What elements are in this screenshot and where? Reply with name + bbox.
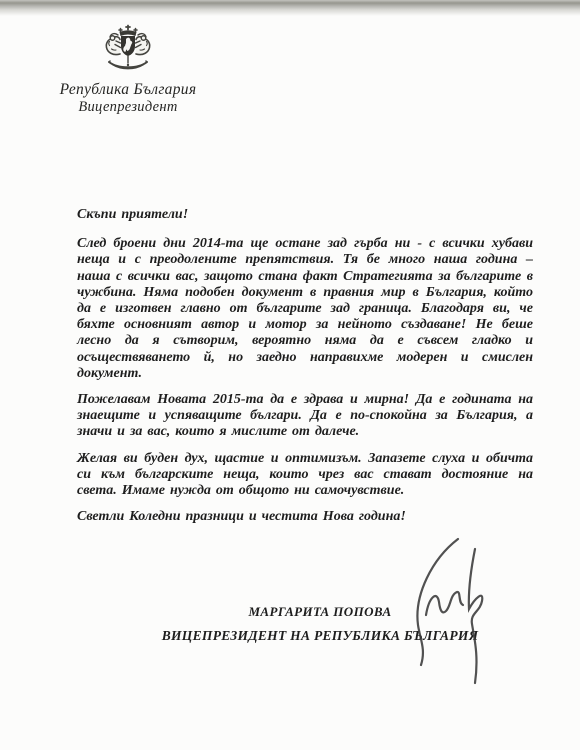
paragraph-1: След броени дни 2014-та ще остане зад гъ…	[77, 236, 533, 382]
letterhead-country: Република България	[36, 81, 220, 98]
letter-page: Република България Вицепрезидент Скъпи п…	[0, 0, 580, 750]
signer-name: МАРГАРИТА ПОПОВА	[130, 604, 510, 619]
paragraph-2: Пожелавам Новата 2015-та да е здрава и м…	[77, 392, 533, 441]
signer-title: ВИЦЕПРЕЗИДЕНТ НА РЕПУБЛИКА БЪЛГАРИЯ	[130, 628, 510, 643]
letter-body: Скъпи приятели! След броени дни 2014-та …	[77, 207, 533, 535]
letterhead: Република България Вицепрезидент	[36, 24, 220, 115]
paragraph-3: Желая ви буден дух, щастие и оптимизъм. …	[77, 451, 533, 500]
scan-edge-artifact	[0, 0, 580, 16]
signature-block: МАРГАРИТА ПОПОВА ВИЦЕПРЕЗИДЕНТ НА РЕПУБЛ…	[130, 604, 510, 643]
paragraph-4: Светли Коледни празници и честита Нова г…	[77, 509, 533, 525]
letterhead-office: Вицепрезидент	[36, 99, 220, 115]
bulgaria-coat-of-arms-icon	[93, 24, 163, 78]
salutation: Скъпи приятели!	[77, 207, 533, 223]
